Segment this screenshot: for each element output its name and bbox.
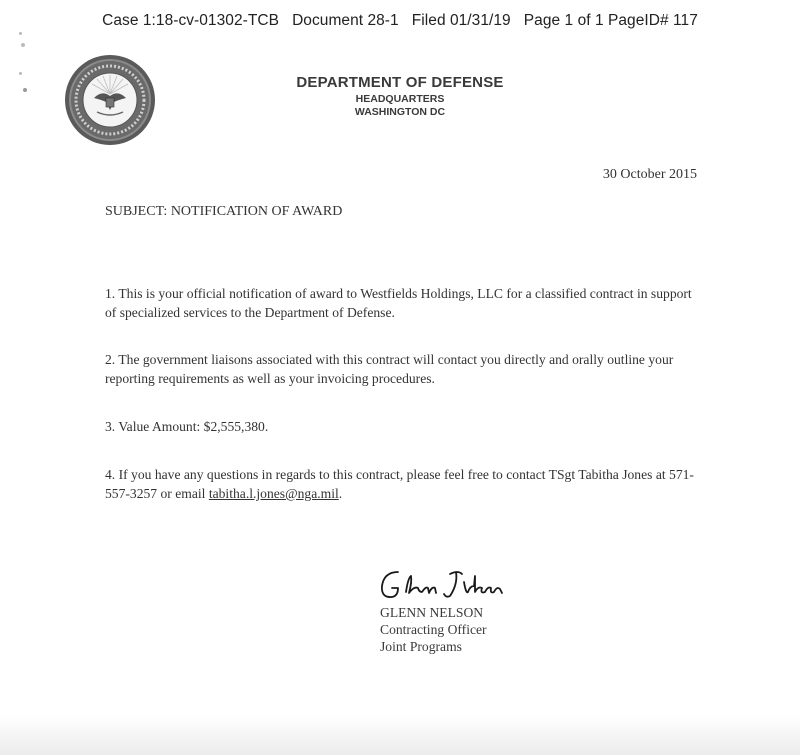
agency-title: DEPARTMENT OF DEFENSE (240, 74, 560, 91)
signer-title: Contracting Officer (380, 621, 487, 638)
paragraph-3-value-amount: 3. Value Amount: $2,555,380. (105, 417, 705, 436)
case-number: Case 1:18-cv-01302-TCB (102, 12, 279, 29)
signer-name: GLENN NELSON (380, 604, 487, 621)
letter-subject: SUBJECT: NOTIFICATION OF AWARD (105, 204, 342, 220)
agency-location: WASHINGTON DC (240, 106, 560, 118)
paragraph-1: 1. This is your official notification of… (105, 284, 705, 322)
court-filing-header: Case 1:18-cv-01302-TCB Document 28-1 Fil… (0, 12, 800, 30)
paragraph-2: 2. The government liaisons associated wi… (105, 350, 705, 388)
page-id: PageID# 117 (608, 12, 698, 29)
page-count: Page 1 of 1 (524, 12, 604, 29)
handwritten-signature (378, 566, 508, 602)
contact-email-link[interactable]: tabitha.l.jones@nga.mil (209, 486, 339, 501)
contact-text: 4. If you have any questions in regards … (105, 467, 694, 501)
contact-text-end: . (339, 486, 342, 501)
dod-seal-icon (64, 54, 156, 146)
letter-date: 30 October 2015 (603, 167, 697, 183)
page-edge-shadow (0, 715, 800, 755)
filed-date: Filed 01/31/19 (412, 12, 511, 29)
signature-block: GLENN NELSON Contracting Officer Joint P… (380, 604, 487, 655)
agency-headquarters: HEADQUARTERS (240, 93, 560, 105)
signer-unit: Joint Programs (380, 638, 487, 655)
paragraph-4-contact: 4. If you have any questions in regards … (105, 465, 705, 503)
document-number: Document 28-1 (292, 12, 399, 29)
